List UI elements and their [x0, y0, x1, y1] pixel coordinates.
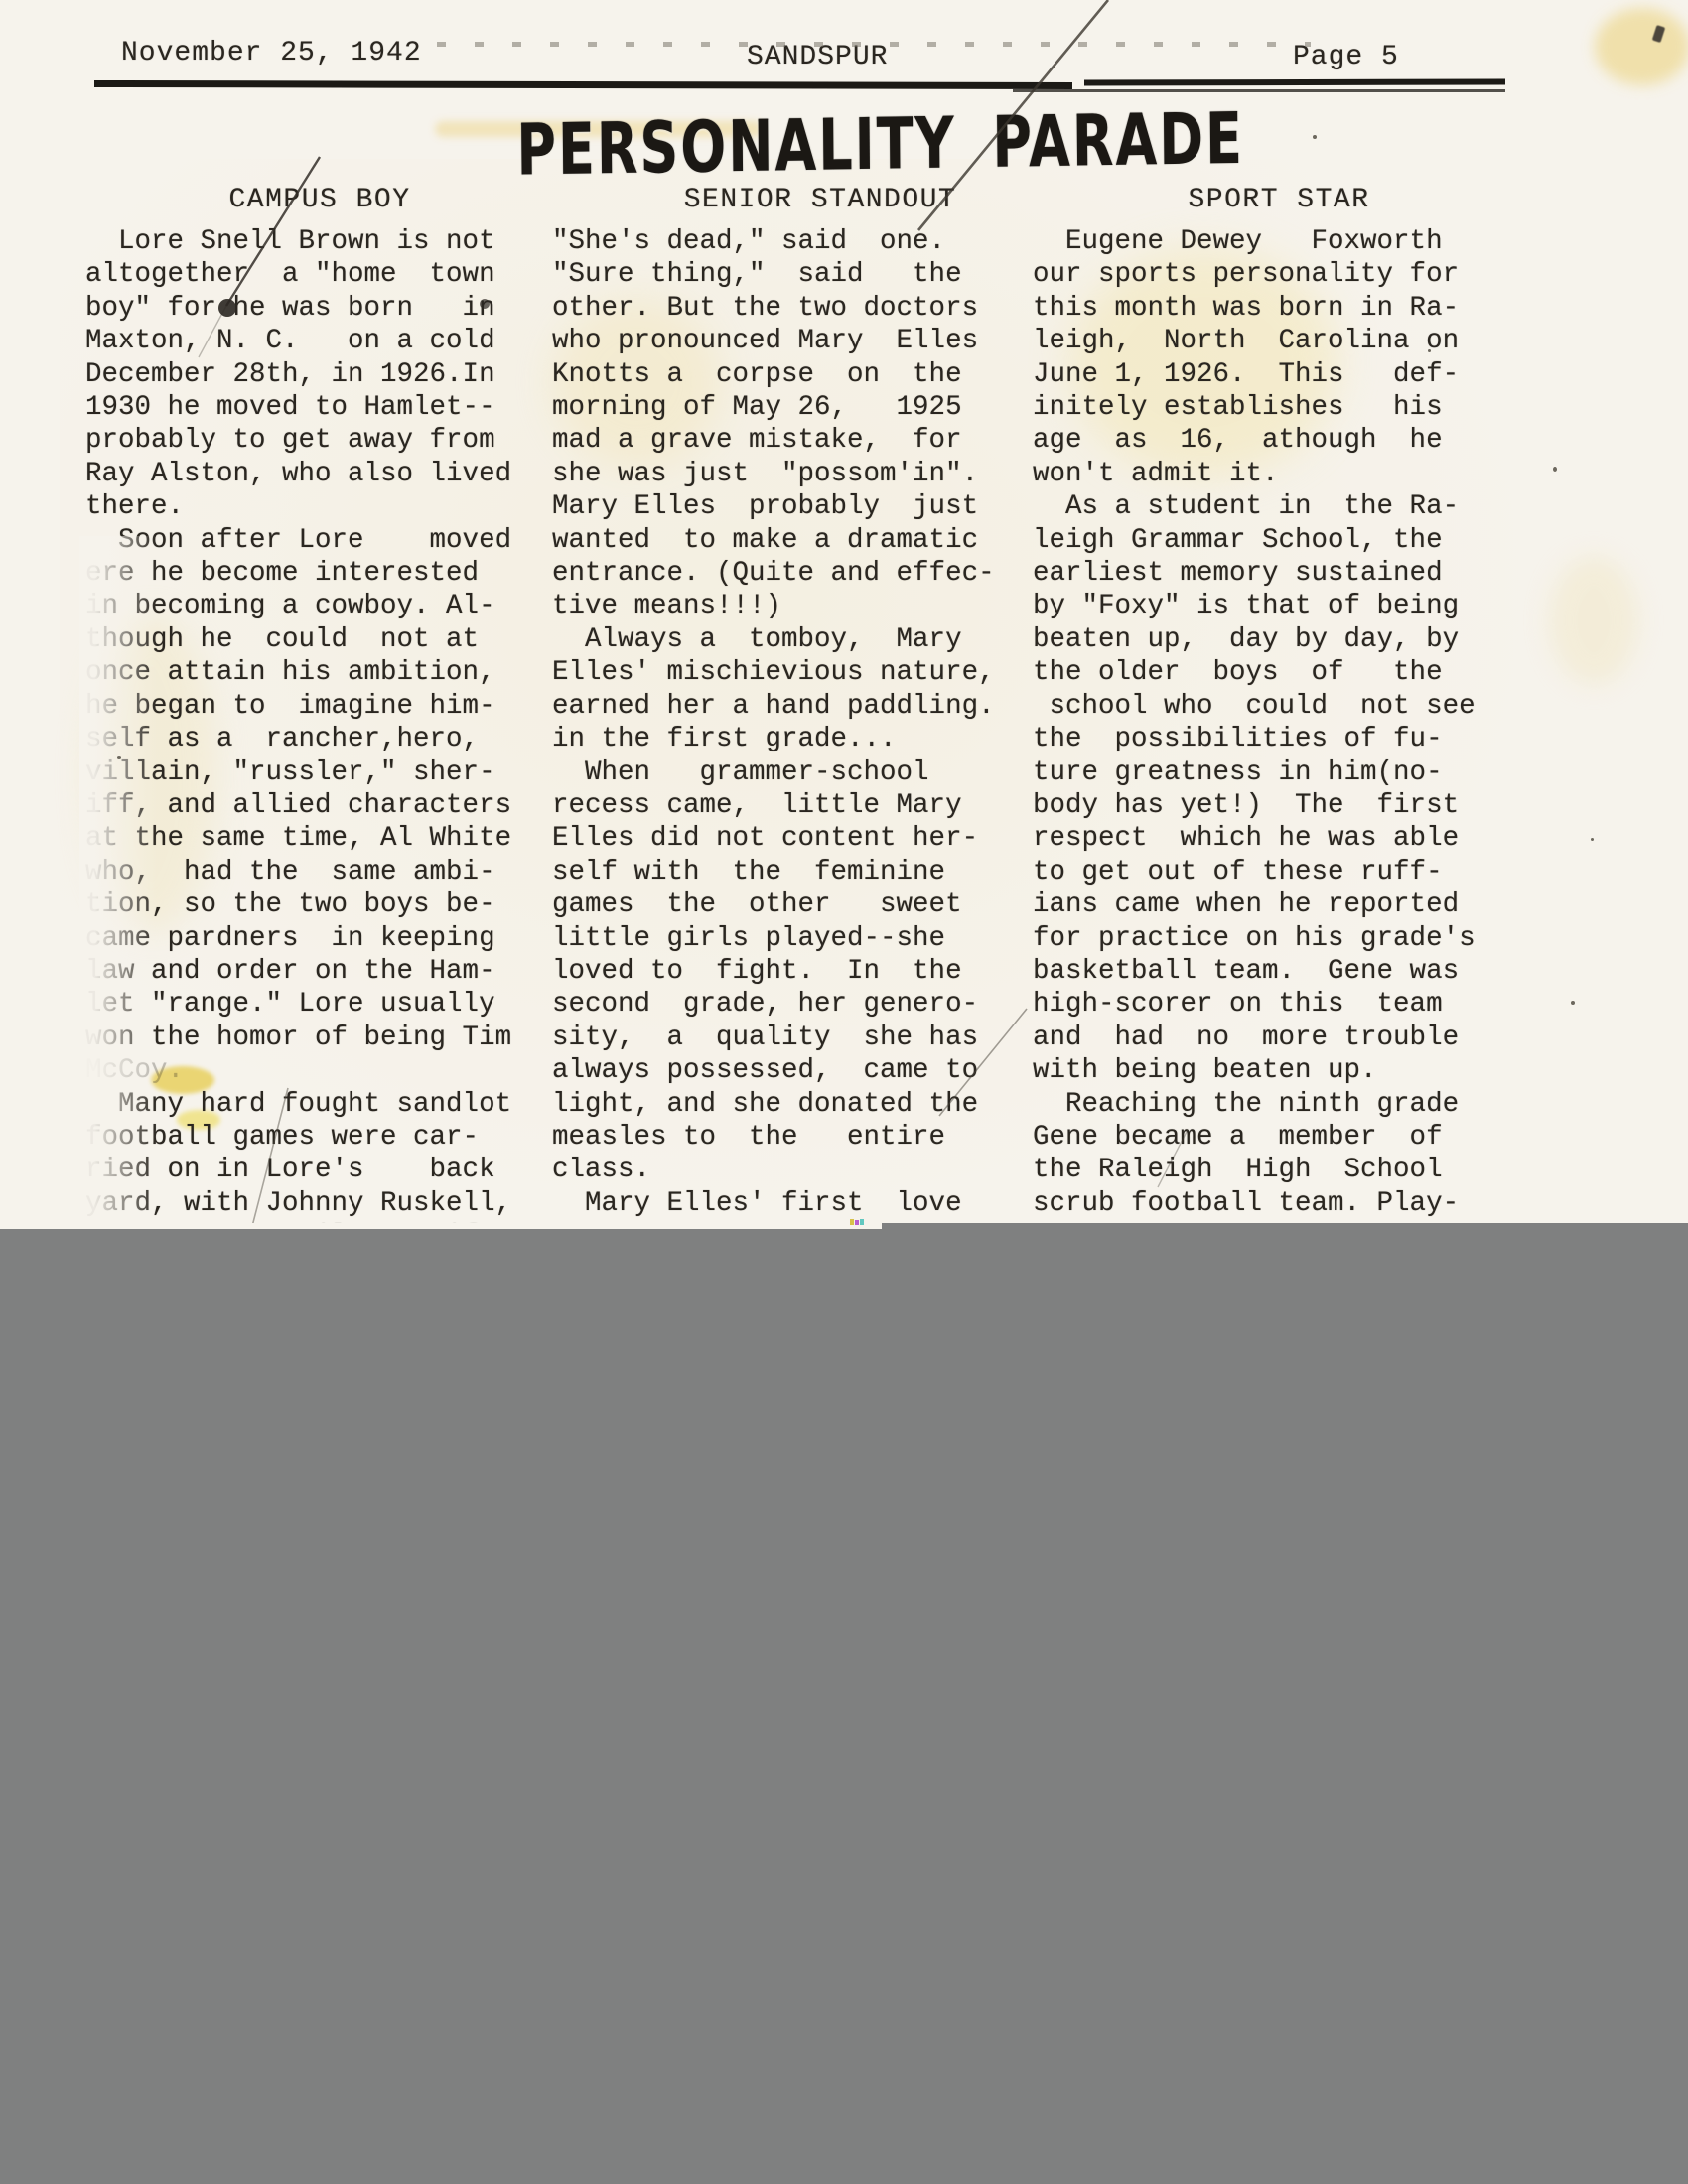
text-line: and had no more trouble — [1033, 1022, 1525, 1054]
text-line: Elles' mischievious nature, — [552, 656, 1033, 689]
text-line: other. But the two doctors — [552, 292, 1033, 325]
redaction-overlay — [0, 1223, 1688, 2184]
page-title: PERSONALITY PARADE — [516, 97, 1212, 191]
stain-mark — [1595, 8, 1688, 85]
text-line: morning of May 26, 1925 — [552, 391, 1033, 424]
text-line: in the first grade... — [552, 723, 1033, 755]
text-line: wanted to make a dramatic — [552, 524, 1033, 557]
text-line: the older boys of the — [1033, 656, 1525, 689]
text-line: age as 16, athough he — [1033, 424, 1525, 457]
text-line: won't admit it. — [1033, 458, 1525, 490]
text-line: Always a tomboy, Mary — [552, 623, 1033, 656]
text-line: Mary Elles probably just — [552, 490, 1033, 523]
text-line: When grammer-school — [552, 756, 1033, 789]
text-line: 1930 he moved to Hamlet-- — [85, 391, 554, 424]
text-line: always possessed, came to — [552, 1054, 1033, 1087]
stain-mark — [1549, 556, 1638, 685]
text-line: altogether a "home town — [85, 258, 554, 291]
text-line: scrub football team. Play- — [1033, 1187, 1525, 1220]
text-line: light, and she donated the — [552, 1088, 1033, 1121]
text-line: Elles did not content her- — [552, 822, 1033, 855]
text-line: leigh, North Carolina on — [1033, 325, 1525, 357]
column-sport-star: SPORT STAR Eugene Dewey Foxworthour spor… — [1033, 184, 1525, 1220]
redaction-step — [0, 1223, 882, 1229]
text-line: there. — [85, 490, 554, 523]
text-line: Lore Snell Brown is not — [85, 225, 554, 258]
text-line: initely establishes his — [1033, 391, 1525, 424]
text-line: school who could not see — [1033, 690, 1525, 723]
text-line: ians came when he reported — [1033, 888, 1525, 921]
text-line: recess came, little Mary — [552, 789, 1033, 822]
header-rule-echo — [1013, 89, 1505, 92]
text-line: mad a grave mistake, for — [552, 424, 1033, 457]
scan-noise-pixel — [855, 1220, 859, 1225]
text-line: boy" for he was born in — [85, 292, 554, 325]
column-heading: SPORT STAR — [1033, 184, 1525, 216]
text-line: this month was born in Ra- — [1033, 292, 1525, 325]
scan-noise-pixel — [860, 1219, 864, 1225]
text-line: Gene became a member of — [1033, 1121, 1525, 1154]
text-line: loved to fight. In the — [552, 955, 1033, 988]
text-line: "She's dead," said one. — [552, 225, 1033, 258]
paper-speck — [1428, 349, 1431, 352]
text-line: with being beaten up. — [1033, 1054, 1525, 1087]
column-heading: SENIOR STANDOUT — [580, 184, 1060, 216]
text-line: second grade, her genero- — [552, 988, 1033, 1021]
paper-speck — [117, 756, 121, 759]
text-line: earned her a hand paddling. — [552, 690, 1033, 723]
text-line: earliest memory sustained — [1033, 557, 1525, 590]
text-line: she was just "possom'in". — [552, 458, 1033, 490]
text-line: As a student in the Ra- — [1033, 490, 1525, 523]
text-line: Reaching the ninth grade — [1033, 1088, 1525, 1121]
text-line: measles to the entire — [552, 1121, 1033, 1154]
text-line: sity, a quality she has — [552, 1022, 1033, 1054]
text-line: leigh Grammar School, the — [1033, 524, 1525, 557]
header-date: November 25, 1942 — [121, 38, 422, 68]
text-line: beaten up, day by day, by — [1033, 623, 1525, 656]
paper-speck — [1591, 838, 1594, 841]
text-line: body has yet!) The first — [1033, 789, 1525, 822]
text-line: June 1, 1926. This def- — [1033, 358, 1525, 391]
text-line: games the other sweet — [552, 888, 1033, 921]
text-line: the Raleigh High School — [1033, 1154, 1525, 1186]
column-text: "She's dead," said one."Sure thing," sai… — [552, 225, 1033, 1254]
ink-smudge — [1652, 25, 1666, 43]
text-line: Eugene Dewey Foxworth — [1033, 225, 1525, 258]
column-heading: CAMPUS BOY — [85, 184, 554, 216]
text-line: Mary Elles' first love — [552, 1187, 1033, 1220]
text-line: ture greatness in him(no- — [1033, 756, 1525, 789]
text-line: self with the feminine — [552, 856, 1033, 888]
paper-speck — [1313, 135, 1317, 139]
text-line: for practice on his grade's — [1033, 922, 1525, 955]
header-rule-left — [94, 80, 1072, 89]
faded-ink-overlay — [79, 536, 157, 1243]
paper-speck — [1553, 467, 1557, 472]
text-line: tive means!!!) — [552, 590, 1033, 622]
paper-speck — [1571, 1001, 1575, 1005]
column-senior-standout: SENIOR STANDOUT "She's dead," said one."… — [552, 184, 1033, 1254]
text-line: class. — [552, 1154, 1033, 1186]
column-text: Eugene Dewey Foxworthour sports personal… — [1033, 225, 1525, 1220]
text-line: basketball team. Gene was — [1033, 955, 1525, 988]
header-rule-right — [1084, 78, 1505, 85]
text-line: our sports personality for — [1033, 258, 1525, 291]
text-line: little girls played--she — [552, 922, 1033, 955]
scan-dotted-artifacts — [437, 42, 1311, 47]
text-line: the possibilities of fu- — [1033, 723, 1525, 755]
text-line: December 28th, in 1926.In — [85, 358, 554, 391]
text-line: Knotts a corpse on the — [552, 358, 1033, 391]
text-line: "Sure thing," said the — [552, 258, 1033, 291]
text-line: by "Foxy" is that of being — [1033, 590, 1525, 622]
text-line: high-scorer on this team — [1033, 988, 1525, 1021]
text-line: respect which he was able — [1033, 822, 1525, 855]
text-line: Ray Alston, who also lived — [85, 458, 554, 490]
text-line: probably to get away from — [85, 424, 554, 457]
text-line: who pronounced Mary Elles — [552, 325, 1033, 357]
scanned-newspaper-page: { "page": { "header": { "date": "Novembe… — [0, 0, 1688, 2184]
text-line: to get out of these ruff- — [1033, 856, 1525, 888]
text-line: Maxton, N. C. on a cold — [85, 325, 554, 357]
text-line: entrance. (Quite and effec- — [552, 557, 1033, 590]
scan-noise-pixel — [850, 1219, 854, 1225]
